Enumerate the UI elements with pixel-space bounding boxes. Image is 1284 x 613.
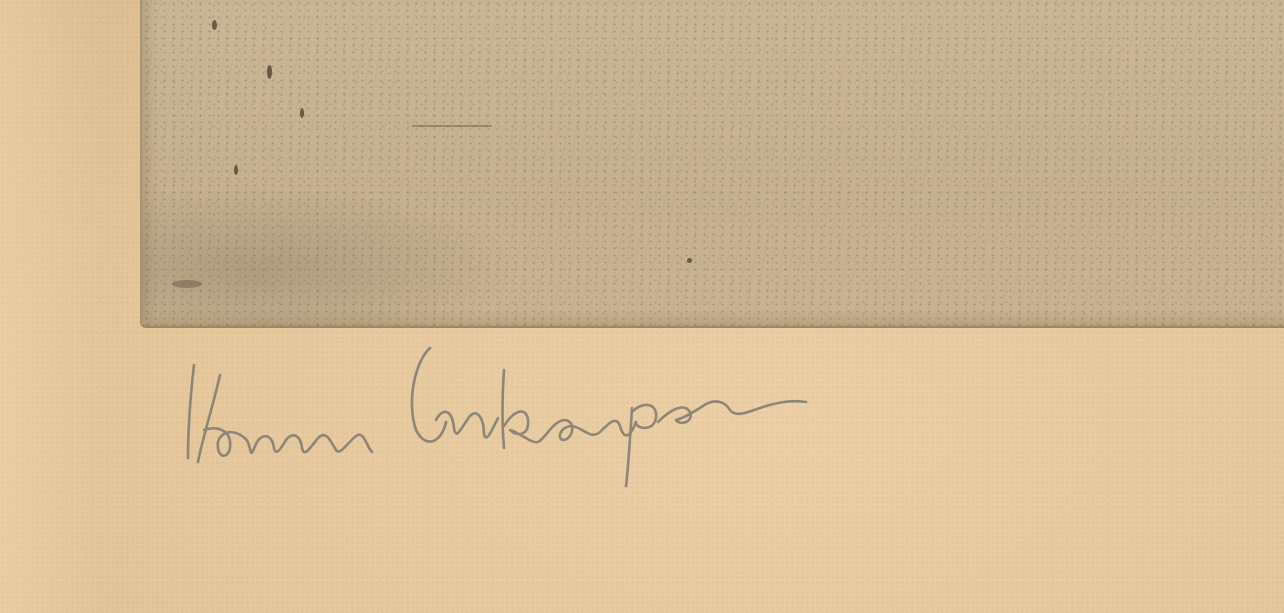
pencil-signature: Warren Emkoeper <box>180 330 820 490</box>
ink-mark <box>687 258 692 263</box>
ink-mark <box>300 108 304 118</box>
etching-plate-area <box>140 0 1284 328</box>
ink-mark <box>172 280 202 288</box>
ink-mark <box>267 65 272 79</box>
paper-left-margin <box>0 0 105 613</box>
ink-mark <box>212 20 217 30</box>
ink-mark <box>412 125 492 127</box>
ink-mark <box>234 165 238 175</box>
plate-corner-shading <box>142 186 522 326</box>
